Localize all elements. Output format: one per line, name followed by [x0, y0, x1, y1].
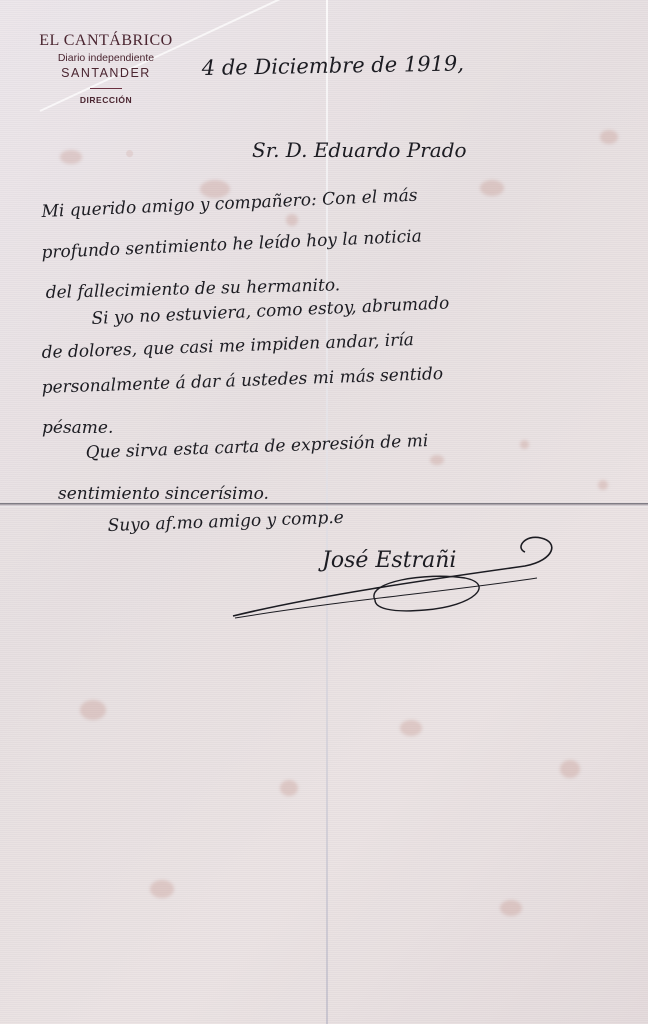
foxing-stain — [80, 700, 106, 720]
newspaper-city: SANTANDER — [28, 66, 184, 80]
letter-addressee: Sr. D. Eduardo Prado — [252, 138, 467, 162]
letterhead: EL CANTÁBRICO Diario independiente SANTA… — [28, 32, 184, 105]
letter-page: EL CANTÁBRICO Diario independiente SANTA… — [0, 0, 648, 1024]
foxing-stain — [598, 480, 608, 490]
foxing-stain — [400, 720, 422, 736]
newspaper-subtitle: Diario independiente — [28, 52, 184, 64]
body-line: sentimiento sincerísimo. — [58, 484, 269, 504]
newspaper-name: EL CANTÁBRICO — [28, 32, 184, 50]
body-line: personalmente á dar á ustedes mi más sen… — [41, 364, 443, 398]
letterhead-divider — [90, 88, 122, 89]
foxing-stain — [430, 455, 444, 465]
foxing-stain — [500, 900, 522, 916]
foxing-stain — [600, 130, 618, 144]
letterhead-department: DIRECCIÓN — [28, 95, 184, 105]
foxing-stain — [150, 880, 174, 898]
foxing-stain — [480, 180, 504, 196]
foxing-stain — [520, 440, 529, 449]
body-line: Que sirva esta carta de expresión de mi — [85, 431, 428, 463]
letter-date: 4 de Diciembre de 1919, — [202, 51, 465, 80]
signature-flourish-icon — [225, 530, 565, 630]
foxing-stain — [60, 150, 82, 164]
body-line: de dolores, que casi me impiden andar, i… — [41, 330, 414, 363]
foxing-stain — [280, 780, 298, 796]
body-line: pésame. — [42, 418, 113, 438]
foxing-stain — [560, 760, 580, 778]
foxing-stain — [286, 214, 298, 226]
body-line: profundo sentimiento he leído hoy la not… — [41, 226, 422, 263]
body-line: del fallecimiento de su hermanito. — [45, 275, 340, 303]
